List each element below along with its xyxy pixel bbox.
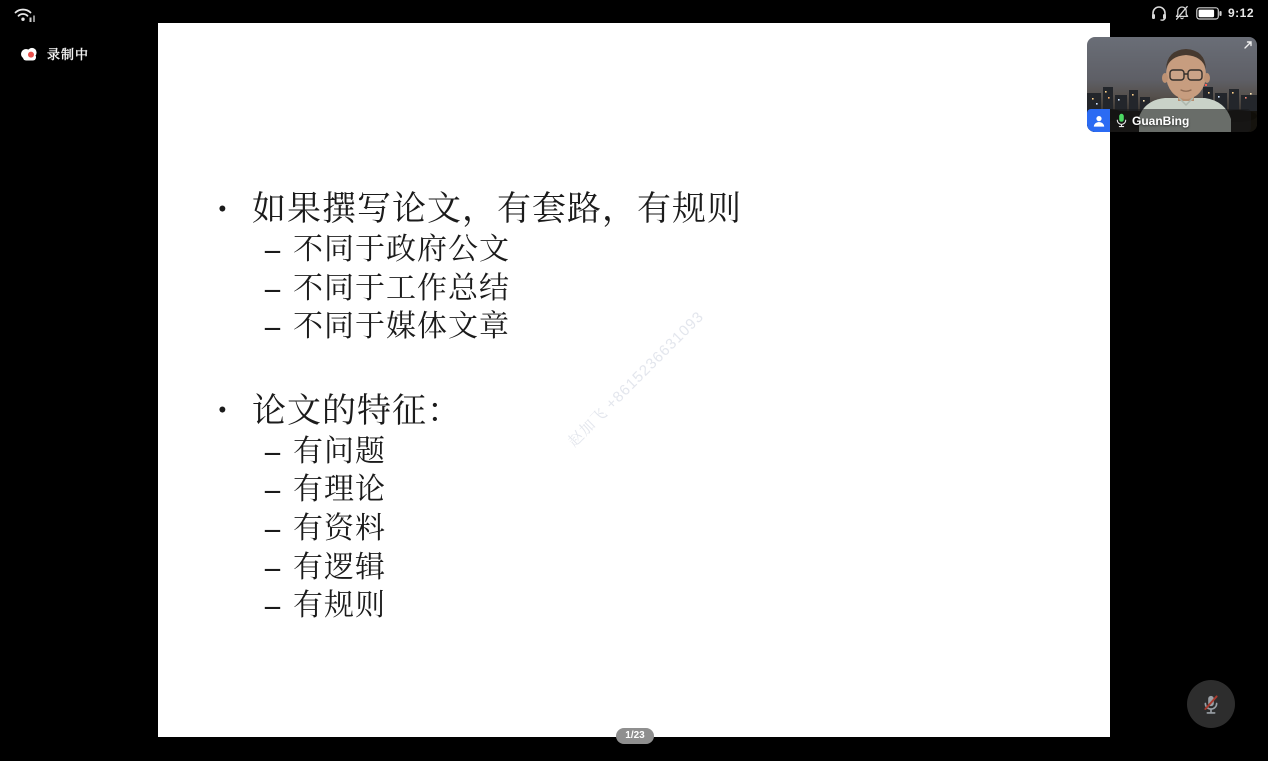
sub-bullet-item: – 有资料: [265, 510, 742, 549]
wifi-icon: [13, 4, 37, 24]
dash-marker: –: [265, 308, 293, 347]
dash-marker: –: [265, 433, 293, 472]
page-indicator: 1/23: [616, 728, 654, 744]
dash-marker: –: [265, 587, 293, 626]
headset-icon: [1150, 5, 1168, 21]
sub-bullet-text: 有资料: [293, 510, 386, 549]
sub-bullet-text: 有规则: [293, 587, 386, 626]
sub-bullet-text: 不同于政府公文: [293, 231, 510, 270]
bullet-text: 论文的特征：: [252, 390, 462, 433]
sub-bullet-text: 有理论: [293, 471, 386, 510]
sub-bullet-item: – 有理论: [265, 471, 742, 510]
bullet-text: 如果撰写论文，有套路，有规则: [252, 189, 742, 231]
person-icon: [1092, 114, 1106, 128]
participant-name-bar: GuanBing: [1110, 109, 1251, 132]
bullet-item: • 论文的特征：: [218, 390, 742, 433]
sub-bullet-text: 有逻辑: [293, 549, 386, 588]
bullet-item: • 如果撰写论文，有套路，有规则: [218, 189, 742, 231]
bullet-marker: •: [218, 390, 252, 433]
notifications-muted-icon: [1174, 5, 1190, 21]
dash-marker: –: [265, 549, 293, 588]
dash-marker: –: [265, 270, 293, 309]
recording-label: 录制中: [47, 44, 89, 63]
participant-name: GuanBing: [1132, 114, 1189, 128]
mute-toggle-button[interactable]: [1187, 680, 1235, 728]
mic-on-icon: [1116, 113, 1127, 128]
dash-marker: –: [265, 471, 293, 510]
recording-cloud-icon: [19, 46, 40, 61]
sub-bullet-item: – 有问题: [265, 433, 742, 472]
sub-bullet-text: 不同于工作总结: [293, 270, 510, 309]
sub-bullet-text: 不同于媒体文章: [293, 308, 510, 347]
sub-bullet-item: – 不同于政府公文: [265, 231, 742, 270]
mic-muted-icon: [1198, 691, 1224, 717]
participant-video-tile[interactable]: GuanBing: [1087, 37, 1257, 132]
sub-bullet-text: 有问题: [293, 433, 386, 472]
presentation-slide[interactable]: • 如果撰写论文，有套路，有规则 – 不同于政府公文 – 不同于工作总结 – 不…: [158, 23, 1110, 737]
recording-indicator: 录制中: [19, 44, 89, 63]
slide-content: • 如果撰写论文，有套路，有规则 – 不同于政府公文 – 不同于工作总结 – 不…: [218, 189, 742, 626]
clock-time: 9:12: [1228, 6, 1254, 20]
status-icons: 9:12: [1150, 5, 1254, 21]
dash-marker: –: [265, 231, 293, 270]
dash-marker: –: [265, 510, 293, 549]
resize-arrow-icon[interactable]: [1243, 40, 1253, 50]
battery-icon: [1196, 7, 1222, 20]
bullet-marker: •: [218, 189, 252, 231]
sub-bullet-item: – 不同于工作总结: [265, 270, 742, 309]
sub-bullet-item: – 有逻辑: [265, 549, 742, 588]
sub-bullet-item: – 有规则: [265, 587, 742, 626]
meeting-screen: 录制中 9:12 • 如果撰写论文，有套路，有规则: [0, 0, 1268, 761]
participant-role-badge[interactable]: [1087, 109, 1110, 132]
